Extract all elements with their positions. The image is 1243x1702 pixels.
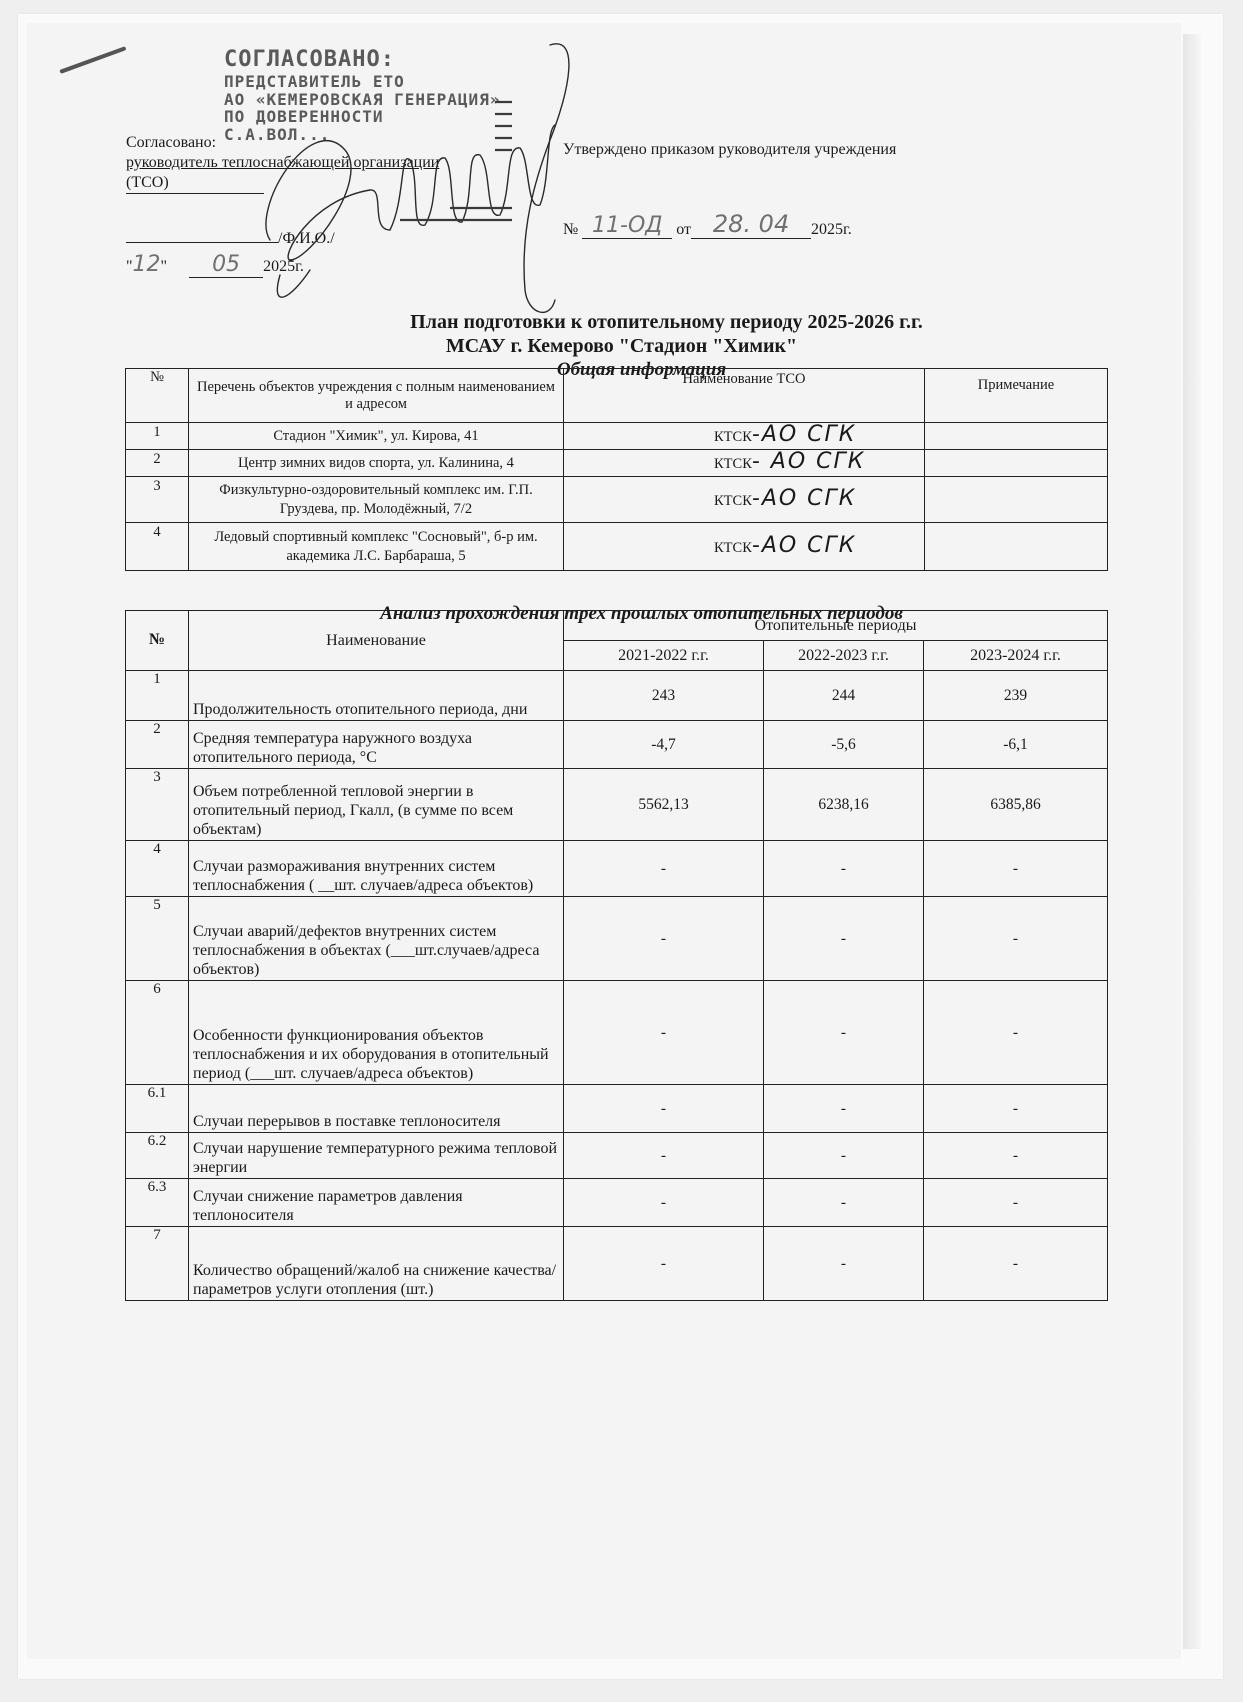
col-header-period-1: 2021-2022 г.г.: [564, 641, 764, 671]
row-value-period-1: -: [564, 841, 764, 897]
row-num: 5: [126, 897, 189, 981]
order-year: 2025г.: [811, 221, 852, 238]
order-date: 28. 04: [691, 210, 811, 239]
table-row: 6Особенности функционирования объектов т…: [126, 981, 1108, 1085]
row-tso: КТСК- АО СГК: [564, 450, 925, 477]
order-number: 11-ОД: [582, 213, 672, 239]
tso-printed: КТСК: [714, 493, 752, 509]
col-header-note: Примечание: [925, 369, 1108, 423]
tso-printed: КТСК: [714, 456, 752, 472]
row-value-period-2: -: [764, 1179, 924, 1227]
row-num: 3: [126, 769, 189, 841]
row-value-period-3: -: [924, 1085, 1108, 1133]
row-value-period-3: -: [924, 897, 1108, 981]
col-header-periods-group: Отопительные периоды: [564, 611, 1108, 641]
table-row: 4Случаи размораживания внутренних систем…: [126, 841, 1108, 897]
table-row: 5Случаи аварий/дефектов внутренних систе…: [126, 897, 1108, 981]
stamp-line-1: СОГЛАСОВАНО:: [224, 48, 500, 73]
row-name: Случаи аварий/дефектов внутренних систем…: [189, 897, 564, 981]
approval-stamp: СОГЛАСОВАНО: ПРЕДСТАВИТЕЛЬ ЕТО АО «КЕМЕР…: [224, 48, 500, 144]
row-num: 1: [126, 671, 189, 721]
row-note: [925, 450, 1108, 477]
agreed-year: 2025г.: [263, 258, 304, 275]
row-value-period-1: -4,7: [564, 721, 764, 769]
col-header-period-2: 2022-2023 г.г.: [764, 641, 924, 671]
order-date-prefix: от: [676, 221, 691, 238]
col-header-period-3: 2023-2024 г.г.: [924, 641, 1108, 671]
row-value-period-3: 239: [924, 671, 1108, 721]
row-num: 1: [126, 423, 189, 450]
row-value-period-1: -: [564, 1227, 764, 1301]
table-row: 6.3Случаи снижение параметров давления т…: [126, 1179, 1108, 1227]
col-header-num: №: [126, 611, 189, 671]
agreed-month: 05: [189, 252, 263, 278]
agreed-day: 12: [133, 252, 161, 277]
table-header-row: № Перечень объектов учреждения с полным …: [126, 369, 1108, 423]
row-object: Физкультурно-оздоровительный комплекс им…: [189, 477, 564, 523]
row-name: Количество обращений/жалоб на снижение к…: [189, 1227, 564, 1301]
row-value-period-3: -: [924, 981, 1108, 1085]
col-header-tso: Наименование ТСО: [564, 369, 925, 423]
agreed-role: руководитель теплоснабжающей организации: [126, 153, 439, 173]
analysis-body: 1Продолжительность отопительного периода…: [126, 671, 1108, 1301]
tso-handwritten: -АО СГК: [752, 486, 857, 511]
row-name: Случаи перерывов в поставке теплоносител…: [189, 1085, 564, 1133]
row-object: Центр зимних видов спорта, ул. Калинина,…: [189, 450, 564, 477]
row-num: 6.1: [126, 1085, 189, 1133]
agreed-label: Согласовано:: [126, 133, 439, 153]
tso-printed: КТСК: [714, 429, 752, 445]
col-header-num: №: [126, 369, 189, 423]
row-value-period-2: 244: [764, 671, 924, 721]
row-value-period-2: -: [764, 1133, 924, 1179]
table-row: 1Продолжительность отопительного периода…: [126, 671, 1108, 721]
col-header-name: Наименование: [189, 611, 564, 671]
table-row: 1 Стадион "Химик", ул. Кирова, 41 КТСК-А…: [126, 423, 1108, 450]
row-value-period-1: -: [564, 897, 764, 981]
page-edge-shadow: [1183, 34, 1201, 1649]
stamp-line-2: ПРЕДСТАВИТЕЛЬ ЕТО: [224, 73, 500, 91]
row-value-period-3: -6,1: [924, 721, 1108, 769]
title-line-2: МСАУ г. Кемерово "Стадион "Химик": [0, 334, 1243, 358]
row-name: Продолжительность отопительного периода,…: [189, 671, 564, 721]
general-info-table: № Перечень объектов учреждения с полным …: [125, 368, 1108, 571]
analysis-table: № Наименование Отопительные периоды 2021…: [125, 610, 1108, 1301]
row-value-period-3: -: [924, 1227, 1108, 1301]
row-tso: КТСК-АО СГК: [564, 423, 925, 450]
row-object: Ледовый спортивный комплекс "Сосновый", …: [189, 523, 564, 571]
row-name: Средняя температура наружного воздуха от…: [189, 721, 564, 769]
tso-printed: КТСК: [714, 540, 752, 556]
row-num: 3: [126, 477, 189, 523]
row-note: [925, 423, 1108, 450]
table-row: 3Объем потребленной тепловой энергии в о…: [126, 769, 1108, 841]
row-name: Случаи размораживания внутренних систем …: [189, 841, 564, 897]
row-value-period-2: -: [764, 981, 924, 1085]
row-num: 6.2: [126, 1133, 189, 1179]
table-row: 2 Центр зимних видов спорта, ул. Калинин…: [126, 450, 1108, 477]
tso-handwritten: - АО СГК: [752, 449, 866, 474]
row-value-period-3: -: [924, 1179, 1108, 1227]
fio-row: /Ф.И.О./: [126, 228, 335, 248]
table-header-row: № Наименование Отопительные периоды: [126, 611, 1108, 641]
table-row: 6.1Случаи перерывов в поставке теплоноси…: [126, 1085, 1108, 1133]
row-value-period-1: -: [564, 1133, 764, 1179]
row-note: [925, 523, 1108, 571]
stamp-line-4: ПО ДОВЕРЕННОСТИ: [224, 108, 500, 126]
row-name: Случаи снижение параметров давления тепл…: [189, 1179, 564, 1227]
table-row: 3 Физкультурно-оздоровительный комплекс …: [126, 477, 1108, 523]
row-value-period-2: -5,6: [764, 721, 924, 769]
row-value-period-1: -: [564, 1085, 764, 1133]
row-value-period-1: -: [564, 981, 764, 1085]
row-value-period-3: -: [924, 841, 1108, 897]
row-value-period-2: 6238,16: [764, 769, 924, 841]
row-value-period-1: -: [564, 1179, 764, 1227]
stamp-line-3: АО «КЕМЕРОВСКАЯ ГЕНЕРАЦИЯ»: [224, 91, 500, 109]
row-num: 6: [126, 981, 189, 1085]
row-num: 6.3: [126, 1179, 189, 1227]
document-title: План подготовки к отопительному периоду …: [0, 310, 1243, 358]
tso-handwritten: -АО СГК: [752, 422, 857, 447]
approved-label: Утверждено приказом руководителя учрежде…: [563, 141, 896, 159]
row-name: Объем потребленной тепловой энергии в от…: [189, 769, 564, 841]
row-num: 2: [126, 721, 189, 769]
tso-handwritten: -АО СГК: [752, 533, 857, 558]
row-value-period-1: 5562,13: [564, 769, 764, 841]
table-row: 6.2Случаи нарушение температурного режим…: [126, 1133, 1108, 1179]
order-number-prefix: №: [563, 221, 578, 238]
row-value-period-2: -: [764, 841, 924, 897]
row-object: Стадион "Химик", ул. Кирова, 41: [189, 423, 564, 450]
row-note: [925, 477, 1108, 523]
table-row: 7Количество обращений/жалоб на снижение …: [126, 1227, 1108, 1301]
table-row: 2Средняя температура наружного воздуха о…: [126, 721, 1108, 769]
row-num: 7: [126, 1227, 189, 1301]
row-tso: КТСК-АО СГК: [564, 477, 925, 523]
row-value-period-2: -: [764, 1227, 924, 1301]
row-value-period-2: -: [764, 897, 924, 981]
row-value-period-2: -: [764, 1085, 924, 1133]
row-value-period-3: 6385,86: [924, 769, 1108, 841]
title-line-1: План подготовки к отопительному периоду …: [0, 310, 1243, 334]
agreed-date-row: "12" 052025г.: [126, 252, 304, 278]
row-value-period-1: 243: [564, 671, 764, 721]
table-row: 4 Ледовый спортивный комплекс "Сосновый"…: [126, 523, 1108, 571]
row-num: 4: [126, 523, 189, 571]
row-name: Особенности функционирования объектов те…: [189, 981, 564, 1085]
fio-signature-line: [126, 228, 278, 243]
col-header-objects: Перечень объектов учреждения с полным на…: [189, 369, 564, 423]
row-name: Случаи нарушение температурного режима т…: [189, 1133, 564, 1179]
row-tso: КТСК-АО СГК: [564, 523, 925, 571]
order-row: № 11-ОД от28. 042025г.: [563, 210, 852, 239]
row-value-period-3: -: [924, 1133, 1108, 1179]
row-num: 2: [126, 450, 189, 477]
row-num: 4: [126, 841, 189, 897]
agreed-role-suffix: (ТСО): [126, 173, 264, 194]
agreement-block: Согласовано: руководитель теплоснабжающе…: [126, 133, 439, 194]
fio-label: /Ф.И.О./: [278, 230, 335, 247]
